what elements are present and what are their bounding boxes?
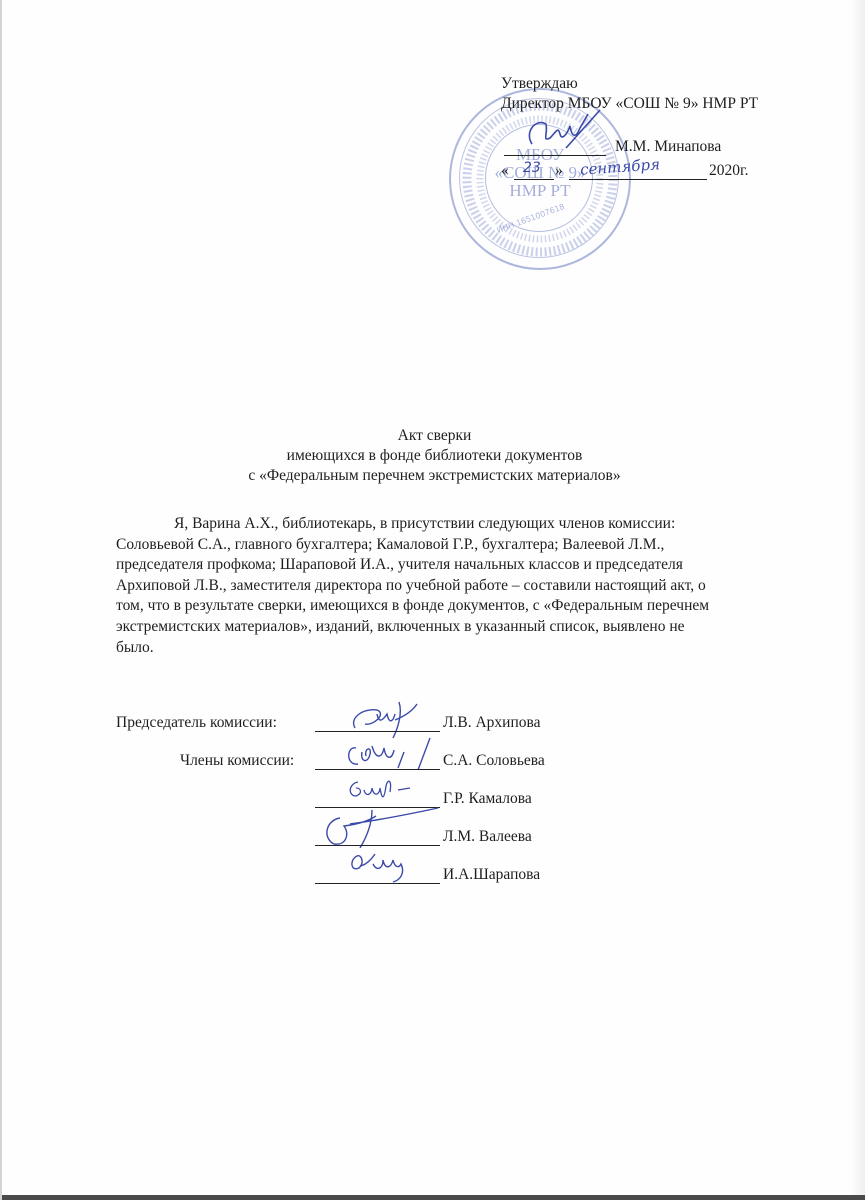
director-name: М.М. Минапова: [615, 137, 721, 157]
chair-signature-line: [315, 731, 440, 732]
member-signature-3: [320, 804, 450, 848]
member-signature-1: [342, 734, 442, 774]
chair-label: Председатель комиссии:: [116, 713, 277, 733]
member-name-4: И.А.Шарапова: [443, 865, 540, 885]
member-signature-line-4: [315, 883, 440, 884]
member-name-1: С.А. Соловьева: [443, 751, 545, 771]
document-title: Акт сверки: [2, 426, 865, 446]
date-quote-close: »: [555, 161, 563, 181]
member-name-3: Л.М. Валеева: [443, 827, 532, 847]
member-signature-4: [347, 846, 427, 884]
date-year: 2020г.: [709, 161, 748, 181]
member-signature-2: [342, 776, 432, 806]
scan-right-shadow: [851, 0, 865, 1195]
member-name-2: Г.Р. Камалова: [443, 789, 532, 809]
body-line: экстремистских материалов», изданий, вкл…: [116, 617, 776, 638]
body-line: председателя профкома; Шараповой И.А., у…: [116, 555, 776, 576]
date-month-line: [569, 179, 707, 180]
scan-bottom-edge: [2, 1195, 865, 1200]
document-body: Я, Варина А.Х., библиотекарь, в присутст…: [116, 514, 776, 658]
body-line: Соловьевой С.А., главного бухгалтера; Ка…: [116, 535, 776, 556]
document-subtitle-line2: с «Федеральным перечнем экстремистских м…: [2, 466, 865, 486]
date-day: 23: [523, 160, 541, 176]
body-line: было.: [116, 638, 776, 659]
approval-heading: Утверждаю: [501, 74, 578, 94]
body-line: Я, Варина А.Х., библиотекарь, в присутст…: [116, 514, 776, 535]
date-quote-open: «: [501, 161, 509, 181]
scanned-document-page: МБОУ «СОШ № 9» НМР РТ ИНН 1651007618 Утв…: [0, 0, 865, 1200]
body-line: том, что в результате сверки, имеющихся …: [116, 596, 776, 617]
document-subtitle-line1: имеющихся в фонде библиотеки документов: [2, 446, 865, 466]
director-signature: [522, 108, 612, 158]
member-signature-line-1: [315, 769, 440, 770]
chair-name: Л.В. Архипова: [443, 713, 541, 733]
date-day-line: [514, 179, 554, 180]
director-signature-line: [504, 155, 606, 156]
stamp-text-line3: НМР РТ: [451, 182, 629, 200]
body-line: Архиповой Л.В., заместителя директора по…: [116, 576, 776, 597]
members-label: Члены комиссии:: [180, 751, 294, 771]
